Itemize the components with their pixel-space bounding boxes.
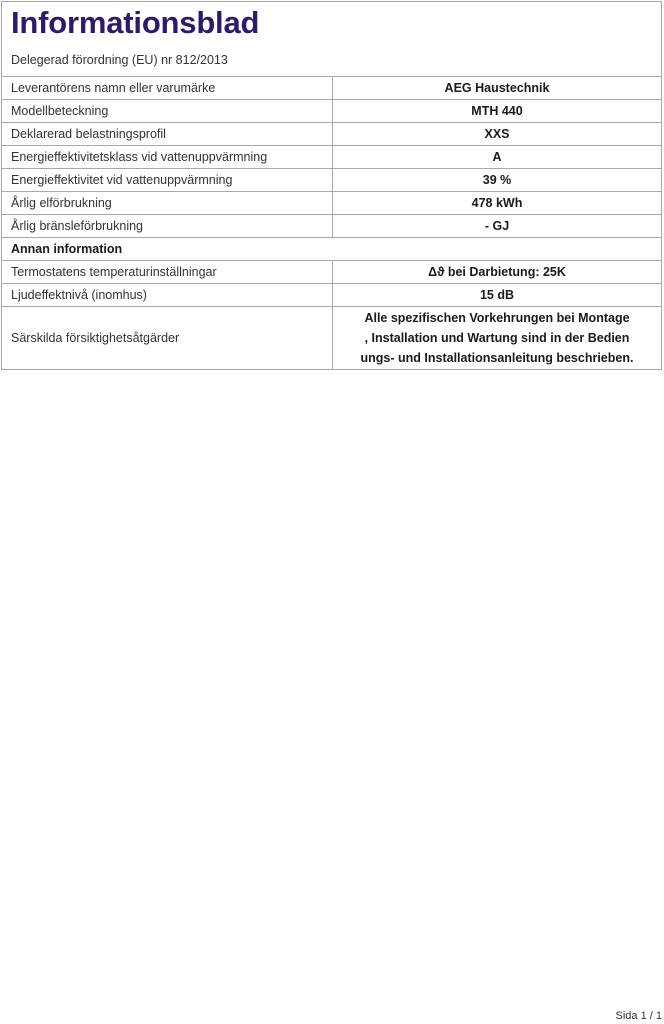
table-row: Modellbeteckning MTH 440 xyxy=(2,100,661,123)
table-row: Ljudeffektnivå (inomhus) 15 dB xyxy=(2,284,661,307)
regulation-subtitle: Delegerad förordning (EU) nr 812/2013 xyxy=(2,44,661,77)
row-value: AEG Haustechnik xyxy=(333,77,662,100)
section-header-row: Annan information xyxy=(2,238,661,261)
row-value: 15 dB xyxy=(333,284,662,307)
table-row: Energieffektivitet vid vattenuppvärmning… xyxy=(2,169,661,192)
table-row: Termostatens temperaturinställningar Δϑ … xyxy=(2,261,661,284)
row-value-multiline: Alle spezifischen Vorkehrungen bei Monta… xyxy=(333,307,662,370)
row-value: - GJ xyxy=(333,215,662,238)
section-heading: Annan information xyxy=(2,238,661,261)
product-info-table: Leverantörens namn eller varumärke AEG H… xyxy=(2,77,661,369)
row-value: Δϑ bei Darbietung: 25K xyxy=(333,261,662,284)
row-label: Termostatens temperaturinställningar xyxy=(2,261,333,284)
row-value: 478 kWh xyxy=(333,192,662,215)
value-line: , Installation und Wartung sind in der B… xyxy=(333,328,661,348)
table-row: Deklarerad belastningsprofil XXS xyxy=(2,123,661,146)
row-label: Årlig bränsleförbrukning xyxy=(2,215,333,238)
value-line: Alle spezifischen Vorkehrungen bei Monta… xyxy=(333,308,661,328)
row-label: Särskilda försiktighetsåtgärder xyxy=(2,307,333,370)
value-line: ungs- und Installationsanleitung beschri… xyxy=(333,348,661,368)
row-value: A xyxy=(333,146,662,169)
row-label: Modellbeteckning xyxy=(2,100,333,123)
table-row: Särskilda försiktighetsåtgärder Alle spe… xyxy=(2,307,661,370)
row-value: MTH 440 xyxy=(333,100,662,123)
table-row: Årlig bränsleförbrukning - GJ xyxy=(2,215,661,238)
information-sheet: Informationsblad Delegerad förordning (E… xyxy=(1,1,662,370)
row-label: Deklarerad belastningsprofil xyxy=(2,123,333,146)
row-label: Energieffektivitet vid vattenuppvärmning xyxy=(2,169,333,192)
row-label: Årlig elförbrukning xyxy=(2,192,333,215)
row-value: 39 % xyxy=(333,169,662,192)
row-label: Leverantörens namn eller varumärke xyxy=(2,77,333,100)
table-row: Leverantörens namn eller varumärke AEG H… xyxy=(2,77,661,100)
row-label: Ljudeffektnivå (inomhus) xyxy=(2,284,333,307)
row-label: Energieffektivitetsklass vid vattenuppvä… xyxy=(2,146,333,169)
table-row: Energieffektivitetsklass vid vattenuppvä… xyxy=(2,146,661,169)
page-number: Sida 1 / 1 xyxy=(616,1010,662,1022)
row-value: XXS xyxy=(333,123,662,146)
page-title: Informationsblad xyxy=(2,2,661,44)
table-row: Årlig elförbrukning 478 kWh xyxy=(2,192,661,215)
